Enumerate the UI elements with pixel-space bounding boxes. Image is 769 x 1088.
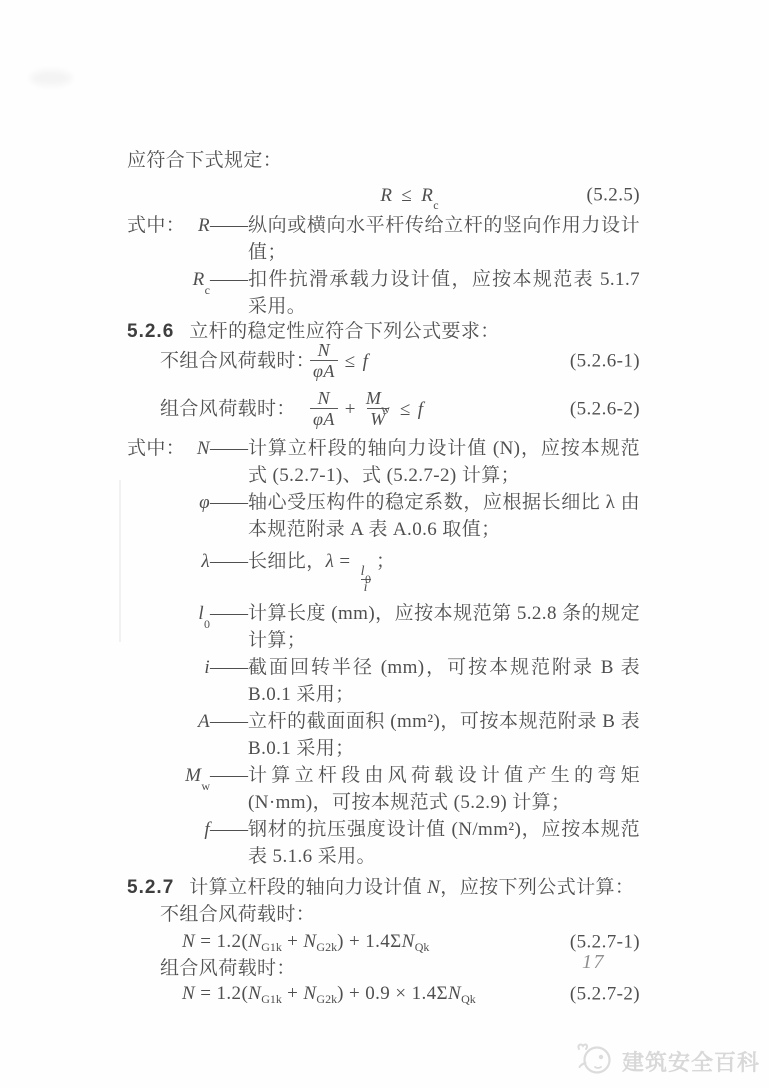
definition-item: φ—— 轴心受压构件的稳定系数，应根据长细比 λ 由本规范附录 A 表 A.0.… <box>127 489 640 543</box>
document-content: 应符合下式规定： R≤Rc (5.2.5) 式中： R—— 纵向或横向水平杆传给… <box>127 0 640 1007</box>
dash: —— <box>210 603 248 624</box>
dash: —— <box>210 657 248 678</box>
equation-label: 不组合风荷载时： <box>160 348 315 375</box>
formula: N = 1.2(NG1k + NG2k) + 1.4ΣNQk <box>182 928 429 955</box>
section-number: 5.2.7 <box>127 877 174 898</box>
intro-line: 应符合下式规定： <box>127 147 640 174</box>
symbol: R <box>193 269 205 290</box>
relation: ≤ <box>345 348 356 375</box>
symbol: λ <box>201 551 210 572</box>
definition-desc: 扣件抗滑承载力设计值，应按本规范表 5.1.7 采用。 <box>248 266 640 320</box>
scanned-document-page: 应符合下式规定： R≤Rc (5.2.5) 式中： R—— 纵向或横向水平杆传给… <box>0 0 769 1088</box>
dash: —— <box>210 492 248 513</box>
formula: R≤Rc <box>380 182 438 209</box>
formula: NφA + MwW ≤ f <box>310 389 423 429</box>
dash: —— <box>210 551 248 572</box>
dash: —— <box>210 711 248 732</box>
definition-desc: 截面回转半径 (mm)，可按本规范附录 B 表 B.0.1 采用； <box>248 654 640 708</box>
symbol-group: f—— <box>204 816 248 843</box>
plus-sign: + <box>345 396 356 423</box>
brand-text: 建筑安全百科 <box>622 1046 760 1077</box>
definition-term: Mw—— <box>127 762 248 789</box>
dash: —— <box>210 765 248 786</box>
definition-desc: 计算长度 (mm)，应按本规范第 5.2.8 条的规定计算； <box>248 600 640 654</box>
where-label: 式中： <box>127 212 185 239</box>
scan-artifact <box>30 70 72 86</box>
definition-term: 式中： N—— <box>127 435 248 462</box>
brand-watermark: 建筑安全百科 <box>573 1041 760 1082</box>
symbol-group: l0—— <box>198 600 248 627</box>
page-number: 17 <box>582 951 605 974</box>
definition-item: f—— 钢材的抗压强度设计值 (N/mm²)，应按本规范表 5.1.6 采用。 <box>127 816 640 870</box>
definition-term: λ—— <box>127 548 248 575</box>
fraction: MwW <box>363 389 393 429</box>
symbol: R <box>198 215 210 236</box>
definition-item: l0—— 计算长度 (mm)，应按本规范第 5.2.8 条的规定计算； <box>127 600 640 654</box>
definition-term: Rc—— <box>127 266 248 293</box>
condition-line: 组合风荷载时： <box>160 955 640 982</box>
fish-logo-icon <box>573 1041 615 1082</box>
definition-term: l0—— <box>127 600 248 627</box>
symbol-group: N—— <box>197 435 248 462</box>
definition-desc: 立杆的截面面积 (mm²)，可按本规范附录 B 表 B.0.1 采用； <box>248 708 640 762</box>
symbol-group: i—— <box>204 654 248 681</box>
symbol: M <box>185 765 201 786</box>
definition-desc: 计算立杆段由风荷载设计值产生的弯矩 (N·mm)，可按本规范式 (5.2.9) … <box>248 762 640 816</box>
equation-5-2-7-1: N = 1.2(NG1k + NG2k) + 1.4ΣNQk (5.2.7-1) <box>127 928 640 955</box>
dash: —— <box>210 438 248 459</box>
equation-number: (5.2.6-1) <box>570 348 640 375</box>
definition-item: λ—— 长细比，λ = l0i； <box>127 543 640 600</box>
var-f: f <box>363 348 369 375</box>
definition-desc: 长细比，λ = l0i； <box>248 548 640 595</box>
relation: ≤ <box>400 396 411 423</box>
scan-artifact <box>119 480 121 642</box>
var-R: R <box>380 182 392 209</box>
definition-desc: 轴心受压构件的稳定系数，应根据长细比 λ 由本规范附录 A 表 A.0.6 取值… <box>248 489 640 543</box>
equation-number: (5.2.6-2) <box>570 396 640 423</box>
equation-number: (5.2.7-2) <box>570 980 640 1007</box>
var-Rc: Rc <box>421 182 438 209</box>
symbol-group: R—— <box>198 212 248 239</box>
symbol-group: φ—— <box>199 489 248 516</box>
symbol-group: A—— <box>198 708 248 735</box>
relation: ≤ <box>401 182 412 209</box>
definition-item: 式中： N—— 计算立杆段的轴向力设计值 (N)，应按本规范式 (5.2.7-1… <box>127 435 640 489</box>
where-list-526: 式中： N—— 计算立杆段的轴向力设计值 (N)，应按本规范式 (5.2.7-1… <box>127 435 640 870</box>
where-list-525: 式中： R—— 纵向或横向水平杆传给立杆的竖向作用力设计值； Rc—— 扣件抗滑… <box>127 212 640 320</box>
equation-label: 组合风荷载时： <box>160 396 296 423</box>
definition-desc: 纵向或横向水平杆传给立杆的竖向作用力设计值； <box>248 212 640 266</box>
inline-fraction: l0i <box>359 565 373 595</box>
definition-term: i—— <box>127 654 248 681</box>
equation-5-2-6-2: 组合风荷载时： NφA + MwW ≤ f (5.2.6-2) <box>127 387 640 431</box>
equation-5-2-6-1: 不组合风荷载时： NφA ≤ f (5.2.6-1) <box>127 339 640 383</box>
equation-number: (5.2.5) <box>587 182 640 209</box>
symbol-group: Rc—— <box>193 266 248 293</box>
symbol-subscript: c <box>205 283 210 297</box>
definition-desc: 钢材的抗压强度设计值 (N/mm²)，应按本规范表 5.1.6 采用。 <box>248 816 640 870</box>
condition-line: 不组合风荷载时： <box>160 901 640 928</box>
definition-term: 式中： R—— <box>127 212 248 239</box>
definition-desc: 计算立杆段的轴向力设计值 (N)，应按本规范式 (5.2.7-1)、式 (5.2… <box>248 435 640 489</box>
definition-term: f—— <box>127 816 248 843</box>
definition-item: Mw—— 计算立杆段由风荷载设计值产生的弯矩 (N·mm)，可按本规范式 (5.… <box>127 762 640 816</box>
where-label: 式中： <box>127 435 185 462</box>
dash: —— <box>210 269 248 290</box>
dash: —— <box>210 215 248 236</box>
formula: N = 1.2(NG1k + NG2k) + 0.9 × 1.4ΣNQk <box>182 980 476 1007</box>
symbol: A <box>198 711 210 732</box>
fraction: NφA <box>310 341 338 381</box>
definition-item: 式中： R—— 纵向或横向水平杆传给立杆的竖向作用力设计值； <box>127 212 640 266</box>
definition-item: i—— 截面回转半径 (mm)，可按本规范附录 B 表 B.0.1 采用； <box>127 654 640 708</box>
definition-item: Rc—— 扣件抗滑承载力设计值，应按本规范表 5.1.7 采用。 <box>127 266 640 320</box>
symbol: φ <box>199 492 210 513</box>
var-f: f <box>418 396 424 423</box>
section-heading-5-2-7: 5.2.7计算立杆段的轴向力设计值 N，应按下列公式计算： <box>127 874 640 901</box>
dash: —— <box>210 819 248 840</box>
symbol: N <box>197 438 210 459</box>
definition-term: φ—— <box>127 489 248 516</box>
equation-5-2-5: R≤Rc (5.2.5) <box>127 180 640 210</box>
fraction: NφA <box>310 389 338 429</box>
symbol-group: Mw—— <box>185 762 248 789</box>
formula: NφA ≤ f <box>310 341 368 381</box>
definition-item: A—— 立杆的截面面积 (mm²)，可按本规范附录 B 表 B.0.1 采用； <box>127 708 640 762</box>
symbol-group: λ—— <box>201 548 248 575</box>
section-title: 计算立杆段的轴向力设计值 N，应按下列公式计算： <box>189 877 634 898</box>
definition-term: A—— <box>127 708 248 735</box>
equation-5-2-7-2: N = 1.2(NG1k + NG2k) + 0.9 × 1.4ΣNQk (5.… <box>127 980 640 1007</box>
